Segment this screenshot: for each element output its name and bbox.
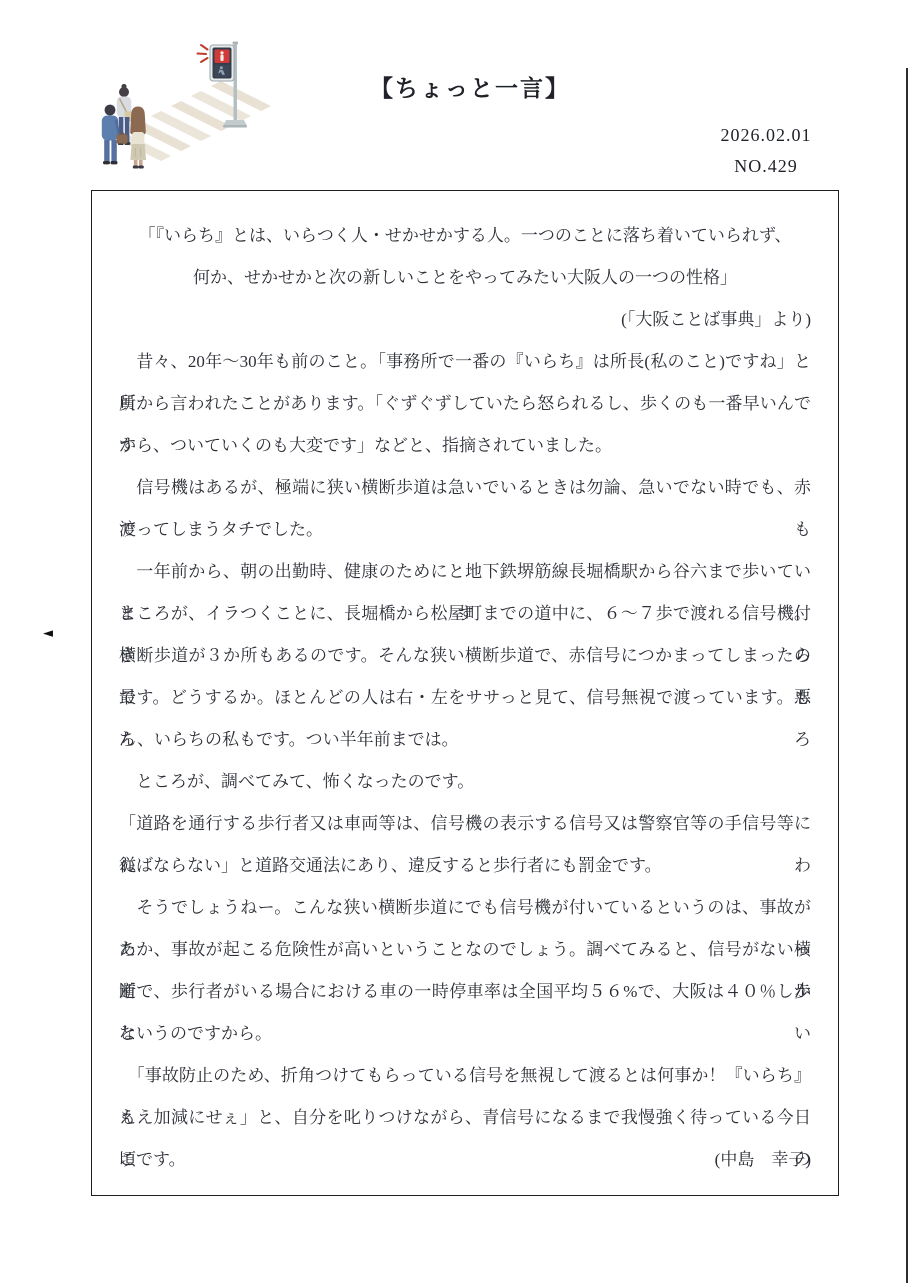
essay-line: 道で、歩行者がいる場合における車の一時停車率は全国平均５６%で、大阪は４０％しか… [119, 971, 811, 1013]
essay-line: です。どうするか。ほとんどの人は右・左をササっと見て、信号無視で渡っています。も… [119, 677, 811, 719]
newsletter-page: 【ちょっと一言】 2026.02.01 NO.429 ◄ 「『いらち』とは、いら… [0, 0, 910, 1283]
essay-body: 「『いらち』とは、いらつく人・せかせかする人。一つのことに落ち着いていられず、何… [119, 215, 811, 1181]
essay-line: 昔々、20年～30年も前のこと。「事務所で一番の『いらち』は所長(私のこと)です… [119, 341, 811, 383]
essay-line: (「大阪ことば事典」より) [119, 299, 811, 341]
essay-line: ところが、調べてみて、怖くなったのです。 [119, 761, 811, 803]
essay-line: 一年前から、朝の出勤時、健康のためにと地下鉄堺筋線長堀橋駅から谷六まで歩いていま… [119, 551, 811, 593]
essay-line: 「道路を通行する歩行者又は車両等は、信号機の表示する信号又は警察官等の手信号等に… [119, 803, 811, 845]
essay-line: 「『いらち』とは、いらつく人・せかせかする人。一つのことに落ち着いていられず、 [119, 215, 811, 257]
essay-box: 「『いらち』とは、いらつく人・せかせかする人。一つのことに落ち着いていられず、何… [91, 190, 839, 1196]
essay-line: 「事故防止のため、折角つけてもらっている信号を無視して渡るとは何事か！『いらち』… [119, 1055, 811, 1097]
essay-line: 横断歩道が３か所もあるのです。そんな狭い横断歩道で、赤信号につかまってしまったら… [119, 635, 811, 677]
essay-line: 何か、せかせかと次の新しいことをやってみたい大阪人の一つの性格」 [119, 257, 811, 299]
pedestrian-woman [130, 107, 146, 169]
essay-line: そうでしょうねー。こんな狭い横断歩道にでも信号機が付いているというのは、事故があ… [119, 887, 811, 929]
page-title: 【ちょっと一言】 [15, 70, 910, 103]
signal-flash-lines [198, 45, 208, 62]
essay-line: から、ついていくのも大変です」などと、指摘されていました。 [119, 425, 811, 467]
essay-line: ええ加減にせぇ」と、自分を叱りつけながら、青信号になるまで我慢強く待っている今日… [119, 1097, 811, 1139]
left-triangle-marker: ◄ [43, 627, 53, 641]
author-signature: (中島 幸子) [715, 1139, 811, 1181]
essay-line: 員から言われたことがあります。「ぐずぐずしていたら怒られるし、歩くのも一番早いん… [119, 383, 811, 425]
page-edge-line [906, 68, 908, 1283]
essay-line: ところが、イラつくことに、長堀橋から松屋町までの道中に、６～７歩で渡れる信号機付… [119, 593, 811, 635]
essay-line: 信号機はあるが、極端に狭い横断歩道は急いでいるときは勿論、急いでない時でも、赤で… [119, 467, 811, 509]
date-block: 2026.02.01 NO.429 [700, 120, 832, 182]
essay-line-text: 頃です。 [119, 1139, 186, 1181]
crossing-illustration [83, 36, 273, 184]
issue-date: 2026.02.01 [700, 120, 832, 151]
issue-number: NO.429 [700, 151, 832, 182]
essay-line: たか、事故が起こる危険性が高いということなのでしょう。調べてみると、信号がない横… [119, 929, 811, 971]
